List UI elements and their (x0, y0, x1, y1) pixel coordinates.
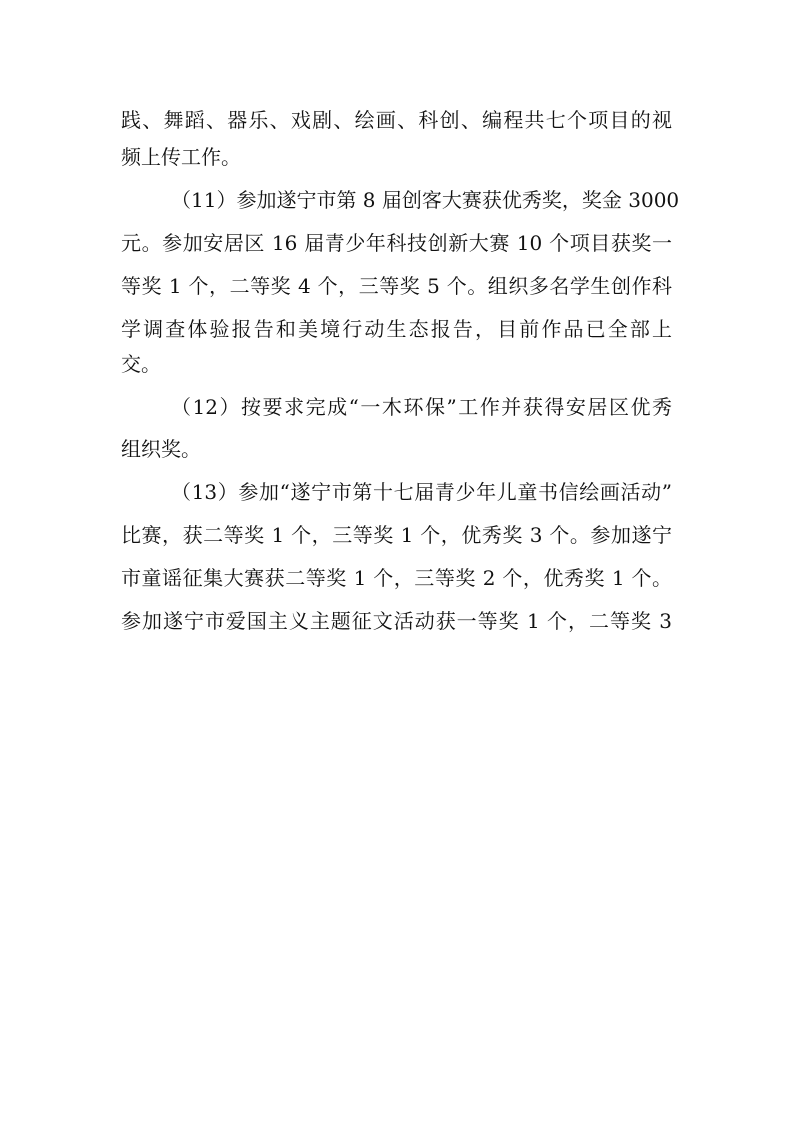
paragraph-12-line: （12）按要求完成“一木环保”工作并获得安居区优秀 (171, 393, 672, 421)
paragraph-line: 比赛，获二等奖 1 个，三等奖 1 个，优秀奖 3 个。参加遂宁 (121, 521, 672, 549)
paragraph-line: 市童谣征集大赛获二等奖 1 个，三等奖 2 个，优秀奖 1 个。 (121, 564, 672, 592)
document-page-body: 践、舞蹈、器乐、戏剧、绘画、科创、编程共七个项目的视 频上传工作。 （11）参加… (0, 0, 793, 1122)
paragraph-line: 频上传工作。 (121, 143, 681, 171)
paragraph-line: 元。参加安居区 16 届青少年科技创新大赛 10 个项目获奖一 (121, 229, 672, 257)
paragraph-line: 参加遂宁市爱国主义主题征文活动获一等奖 1 个，二等奖 3 (121, 607, 672, 635)
paragraph-11-line: （11）参加遂宁市第 8 届创客大赛获优秀奖，奖金 3000 (171, 186, 672, 214)
paragraph-line: 组织奖。 (121, 435, 681, 463)
paragraph-line: 交。 (121, 350, 681, 378)
paragraph-13-line: （13）参加“遂宁市第十七届青少年儿童书信绘画活动” (171, 478, 672, 506)
paragraph-line: 学调查体验报告和美境行动生态报告，目前作品已全部上 (121, 315, 672, 343)
paragraph-line: 等奖 1 个，二等奖 4 个，三等奖 5 个。组织多名学生创作科 (121, 272, 672, 300)
paragraph-line: 践、舞蹈、器乐、戏剧、绘画、科创、编程共七个项目的视 (121, 106, 672, 134)
